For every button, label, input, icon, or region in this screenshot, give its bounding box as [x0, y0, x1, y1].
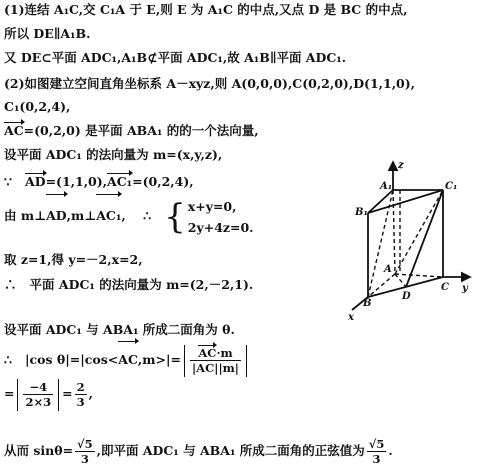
sin-prefix: 从而 sinθ= — [4, 443, 73, 458]
fraction-denominator: 3 — [75, 395, 87, 409]
label-c1: C₁ — [445, 181, 457, 192]
result-fraction: 23 — [75, 380, 87, 409]
part1-line3: 又 DE⊂平面 ADC₁,A₁B⊄平面 ADC₁,故 A₁B∥平面 ADC₁. — [4, 50, 346, 66]
conclusion-text: ,即平面 ADC₁ 与 ABA₁ 所成二面角的正弦值为 — [97, 443, 365, 458]
fraction-denominator: 3 — [367, 452, 387, 466]
fraction-numerator: −4 — [23, 380, 53, 395]
comma: , — [89, 386, 93, 401]
equation-1: x+y=0, — [188, 196, 254, 217]
part2-line10: ∴ |cos θ|=|cos<AC,m>|=AC·m|AC||m| — [4, 342, 250, 378]
part2-line7: 取 z=1,得 y=－2,x=2, — [4, 252, 143, 268]
vector-ad: AD — [25, 174, 46, 190]
ac1-value: =(0,2,4), — [132, 174, 193, 189]
part1-line1: (1)连结 A₁C,交 C₁A 于 E,则 E 为 A₁C 的中点,又点 D 是… — [4, 2, 407, 18]
part2-line9: 设平面 ADC₁ 与 ABA₁ 所成二面角为 θ. — [4, 322, 235, 338]
abs-bar-left — [184, 345, 185, 377]
vector-ac: AC — [118, 342, 138, 378]
fraction-denominator: 2×3 — [23, 395, 53, 409]
label-b: B — [362, 298, 371, 309]
label-a: A — [383, 264, 392, 275]
label-z: z — [397, 160, 404, 171]
vector-ac: AC — [4, 123, 24, 139]
vector-ac: AC — [198, 346, 216, 360]
part2-line4: 设平面 ADC₁ 的法向量为 m=(x,y,z), — [4, 147, 222, 163]
equation-system: x+y=0, 2y+4z=0. — [188, 196, 254, 238]
label-x: x — [347, 312, 355, 323]
fraction-numerator: 2 — [75, 380, 87, 395]
dot-m: ·m — [216, 346, 232, 360]
label-b1: B₁ — [354, 207, 368, 218]
label-a1: A₁ — [379, 181, 392, 192]
part2-line11: =−42×3=23, — [4, 376, 93, 412]
part1-line2: 所以 DE∥A₁B. — [4, 26, 90, 42]
part2-line8: ∴ 平面 ADC₁ 的法向量为 m=(2,－2,1). — [4, 277, 253, 293]
equals: = — [62, 386, 72, 401]
abs-bar-right — [58, 379, 59, 411]
normal-vector-text: =(0,2,0) 是平面 ABA₁ 的的一个法向量, — [24, 123, 259, 138]
sin-fraction: √53 — [75, 437, 95, 466]
part2-line5: ∵ AD=(1,1,0),AC₁=(0,2,4), — [4, 174, 194, 190]
abs-bar-left — [17, 379, 18, 411]
left-brace: { — [164, 202, 186, 232]
perp-text-1: 由 m⊥ — [4, 208, 46, 223]
part2-line2: C₁(0,2,4), — [4, 99, 70, 115]
part2-line3: AC=(0,2,0) 是平面 ABA₁ 的的一个法向量, — [4, 123, 259, 139]
cos-prefix: ∴ |cos θ|=|cos< — [4, 352, 118, 367]
fraction-denominator: |AC||m| — [190, 361, 241, 375]
equation-2: 2y+4z=0. — [188, 217, 254, 238]
perp-text-2: ,m⊥ — [67, 208, 97, 223]
value-fraction: −42×3 — [23, 380, 53, 409]
answer-fraction: √53 — [367, 437, 387, 466]
fraction-denominator: 3 — [75, 452, 95, 466]
vector-ad: AD — [46, 195, 67, 237]
therefore-symbol: ∴ — [143, 208, 151, 223]
abs-bar-right — [246, 345, 247, 377]
equals: = — [4, 386, 14, 401]
prism-figure: z A₁ C₁ B₁ A C B D x y — [340, 150, 483, 325]
part2-line1: (2)如图建立空间直角坐标系 A－xyz,则 A(0,0,0),C(0,2,0)… — [4, 76, 415, 92]
cos-fraction: AC·m|AC||m| — [190, 346, 241, 375]
vector-ac1: AC₁ — [96, 195, 121, 237]
vector-ac1: AC₁ — [107, 174, 132, 190]
label-d: D — [401, 291, 411, 302]
comma: , — [121, 208, 125, 223]
fraction-numerator: √5 — [75, 437, 95, 452]
label-y: y — [461, 283, 469, 294]
cos-mid: ,m>|= — [138, 352, 181, 367]
part2-line6: 由 m⊥AD,m⊥AC₁, ∴ { x+y=0, 2y+4z=0. — [4, 195, 254, 238]
fraction-numerator: √5 — [367, 437, 387, 452]
period: . — [388, 443, 392, 458]
label-c: C — [441, 282, 449, 293]
because-symbol: ∵ — [4, 174, 12, 189]
part2-line12: 从而 sinθ=√53,即平面 ADC₁ 与 ABA₁ 所成二面角的正弦值为√5… — [4, 434, 393, 468]
ad-value: =(1,1,0), — [46, 174, 107, 189]
